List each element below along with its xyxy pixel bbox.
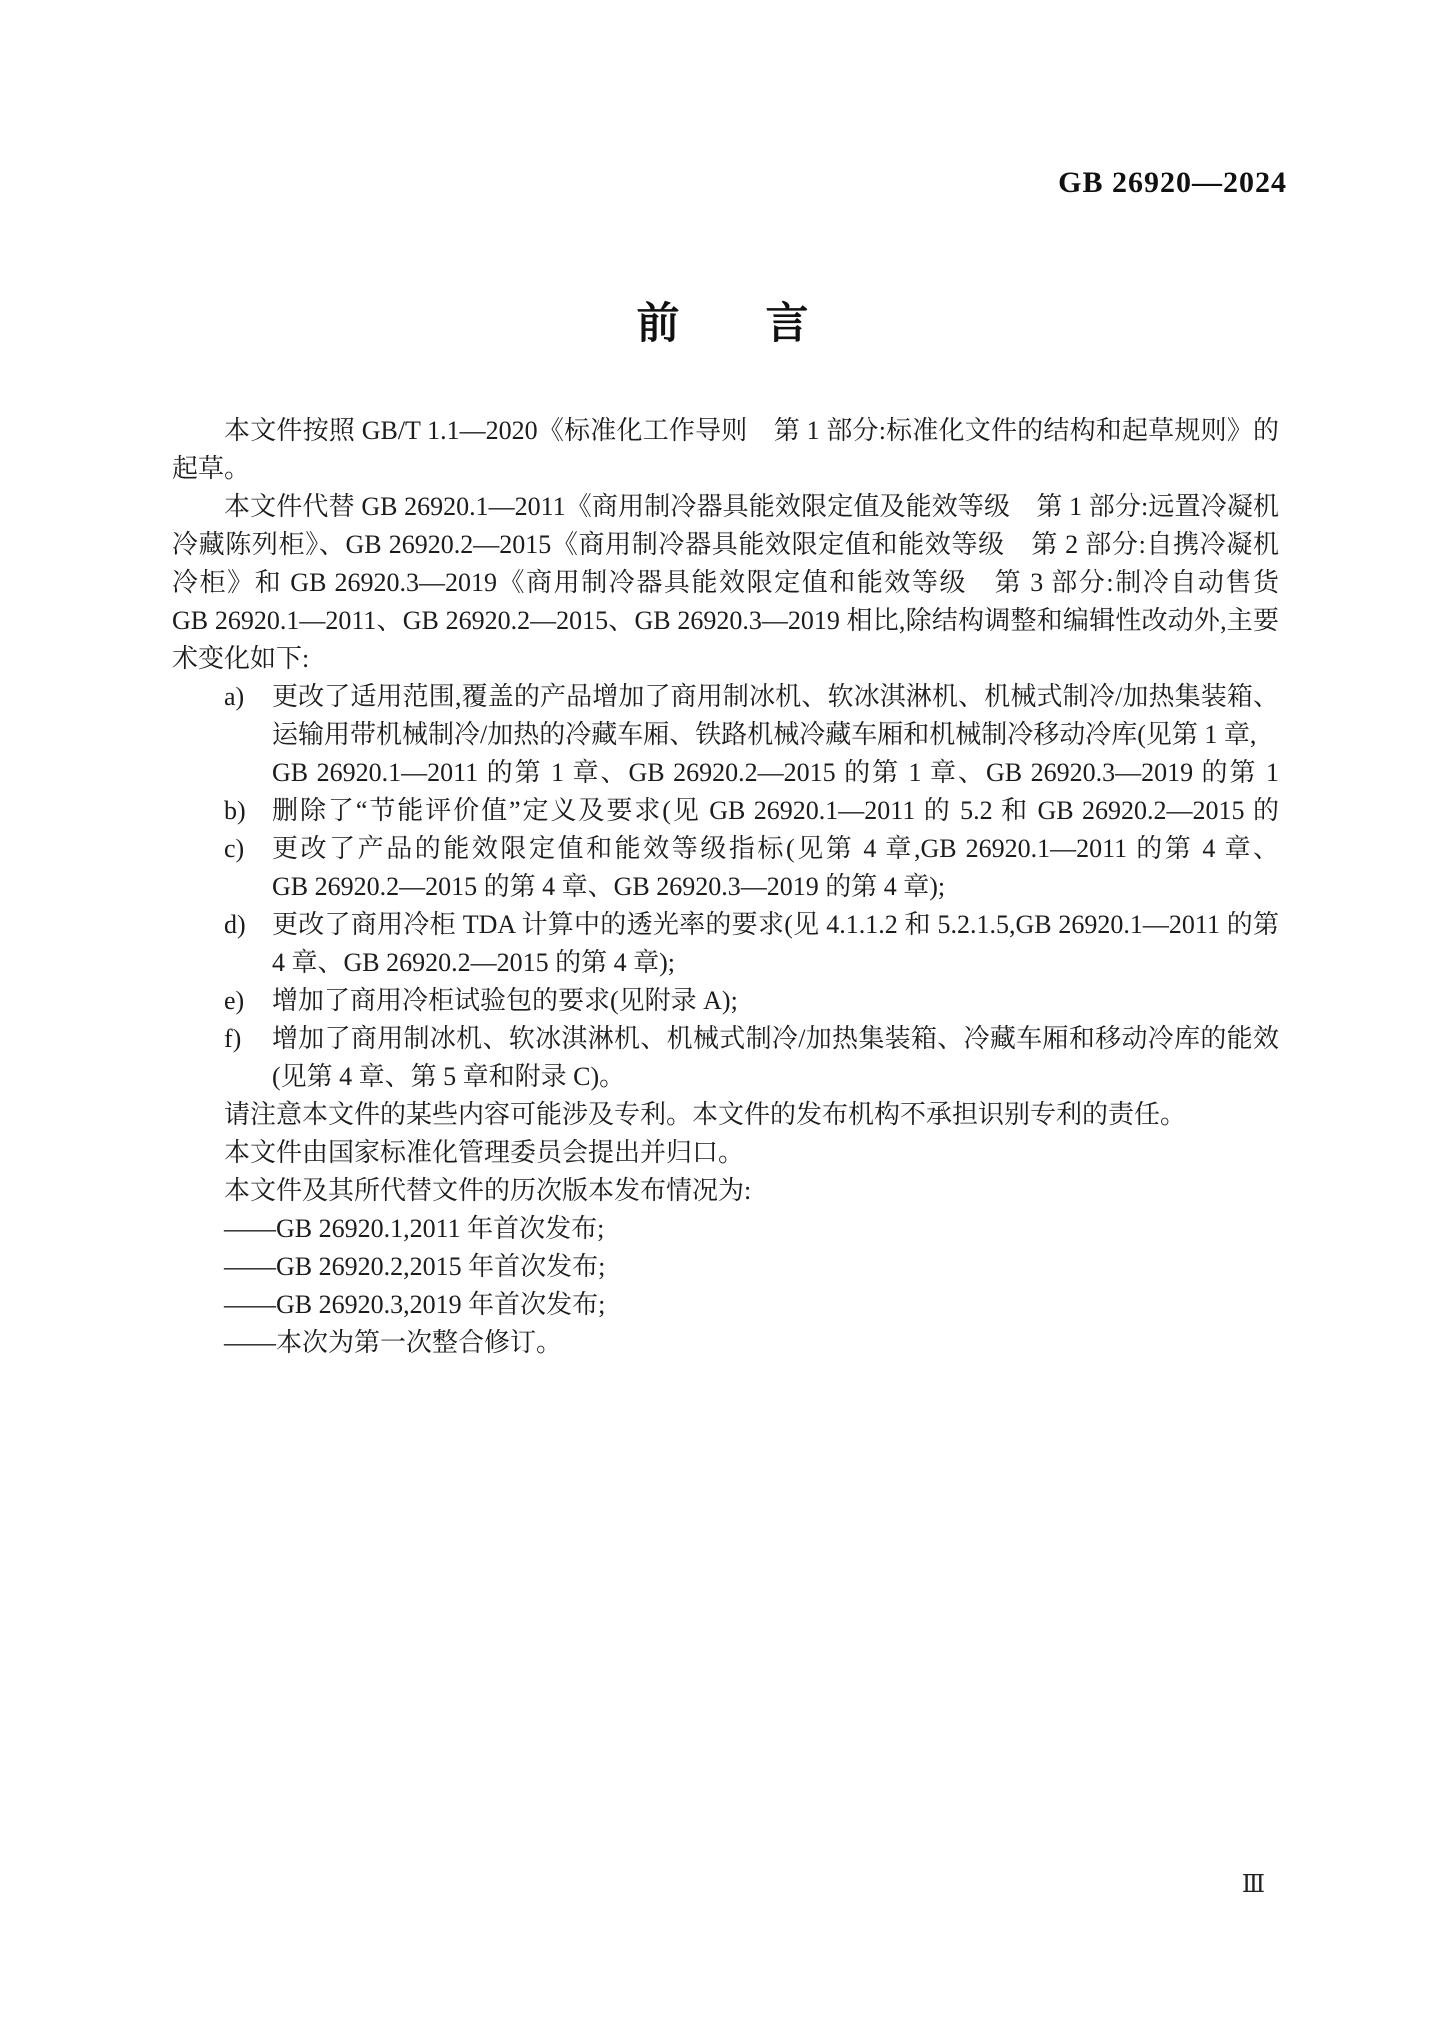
list-item-text: 增加了商用冷柜试验包的要求(见附录 A); [272, 982, 1279, 1020]
text-line: 本文件及其所代替文件的历次版本发布情况为: [172, 1172, 1279, 1210]
list-item-text: 更改了产品的能效限定值和能效等级指标(见第 4 章,GB 26920.1—201… [272, 830, 1279, 868]
list-item-label: b) [224, 792, 272, 830]
text-line: 运输用带机械制冷/加热的冷藏车厢、铁路机械冷藏车厢和机械制冷移动冷库(见第 1 … [172, 716, 1279, 754]
text-line: GB 26920.1—2011 的第 1 章、GB 26920.2—2015 的… [172, 754, 1279, 792]
text-line: 请注意本文件的某些内容可能涉及专利。本文件的发布机构不承担识别专利的责任。 [172, 1096, 1279, 1134]
text-line: ——GB 26920.1,2011 年首次发布; [172, 1210, 1279, 1248]
text-line: 4 章、GB 26920.2—2015 的第 4 章); [172, 944, 1279, 982]
list-item-text: 更改了适用范围,覆盖的产品增加了商用制冰机、软冰淇淋机、机械式制冷/加热集装箱、… [272, 678, 1279, 716]
list-item-label: d) [224, 906, 272, 944]
text-line: a)更改了适用范围,覆盖的产品增加了商用制冰机、软冰淇淋机、机械式制冷/加热集装… [172, 678, 1279, 716]
foreword-title: 前 言 [0, 290, 1445, 351]
text-line: (见第 4 章、第 5 章和附录 C)。 [172, 1058, 1279, 1096]
text-line: 本文件由国家标准化管理委员会提出并归口。 [172, 1134, 1279, 1172]
list-item-text: 更改了商用冷柜 TDA 计算中的透光率的要求(见 4.1.1.2 和 5.2.1… [272, 906, 1279, 944]
text-line: 起草。 [172, 450, 1279, 488]
text-line: c)更改了产品的能效限定值和能效等级指标(见第 4 章,GB 26920.1—2… [172, 830, 1279, 868]
standard-number-header: GB 26920—2024 [1058, 166, 1287, 200]
list-item-label: f) [224, 1020, 272, 1058]
foreword-body: 本文件按照 GB/T 1.1—2020《标准化工作导则 第 1 部分:标准化文件… [172, 412, 1279, 1362]
text-line: 冷藏陈列柜》、GB 26920.2—2015《商用制冷器具能效限定值和能效等级 … [172, 526, 1279, 564]
text-line: ——本次为第一次整合修订。 [172, 1324, 1279, 1362]
text-line: e)增加了商用冷柜试验包的要求(见附录 A); [172, 982, 1279, 1020]
text-line: ——GB 26920.2,2015 年首次发布; [172, 1248, 1279, 1286]
list-item-text: 删除了“节能评价值”定义及要求(见 GB 26920.1—2011 的 5.2 … [272, 792, 1279, 830]
text-line: 本文件代替 GB 26920.1—2011《商用制冷器具能效限定值及能效等级 第… [172, 488, 1279, 526]
text-line: b)删除了“节能评价值”定义及要求(见 GB 26920.1—2011 的 5.… [172, 792, 1279, 830]
list-item-label: e) [224, 982, 272, 1020]
text-line: d)更改了商用冷柜 TDA 计算中的透光率的要求(见 4.1.1.2 和 5.2… [172, 906, 1279, 944]
list-item-label: c) [224, 830, 272, 868]
text-line: f)增加了商用制冰机、软冰淇淋机、机械式制冷/加热集装箱、冷藏车厢和移动冷库的能… [172, 1020, 1279, 1058]
text-line: 术变化如下: [172, 640, 1279, 678]
text-line: ——GB 26920.3,2019 年首次发布; [172, 1286, 1279, 1324]
text-line: GB 26920.1—2011、GB 26920.2—2015、GB 26920… [172, 602, 1279, 640]
text-line: GB 26920.2—2015 的第 4 章、GB 26920.3—2019 的… [172, 868, 1279, 906]
text-line: 本文件按照 GB/T 1.1—2020《标准化工作导则 第 1 部分:标准化文件… [172, 412, 1279, 450]
list-item-text: 增加了商用制冰机、软冰淇淋机、机械式制冷/加热集装箱、冷藏车厢和移动冷库的能效要… [272, 1020, 1279, 1058]
document-page: GB 26920—2024 前 言 本文件按照 GB/T 1.1—2020《标准… [0, 0, 1445, 2044]
list-item-label: a) [224, 678, 272, 716]
text-line: 冷柜》和 GB 26920.3—2019《商用制冷器具能效限定值和能效等级 第 … [172, 564, 1279, 602]
page-number: Ⅲ [1242, 1870, 1265, 1899]
